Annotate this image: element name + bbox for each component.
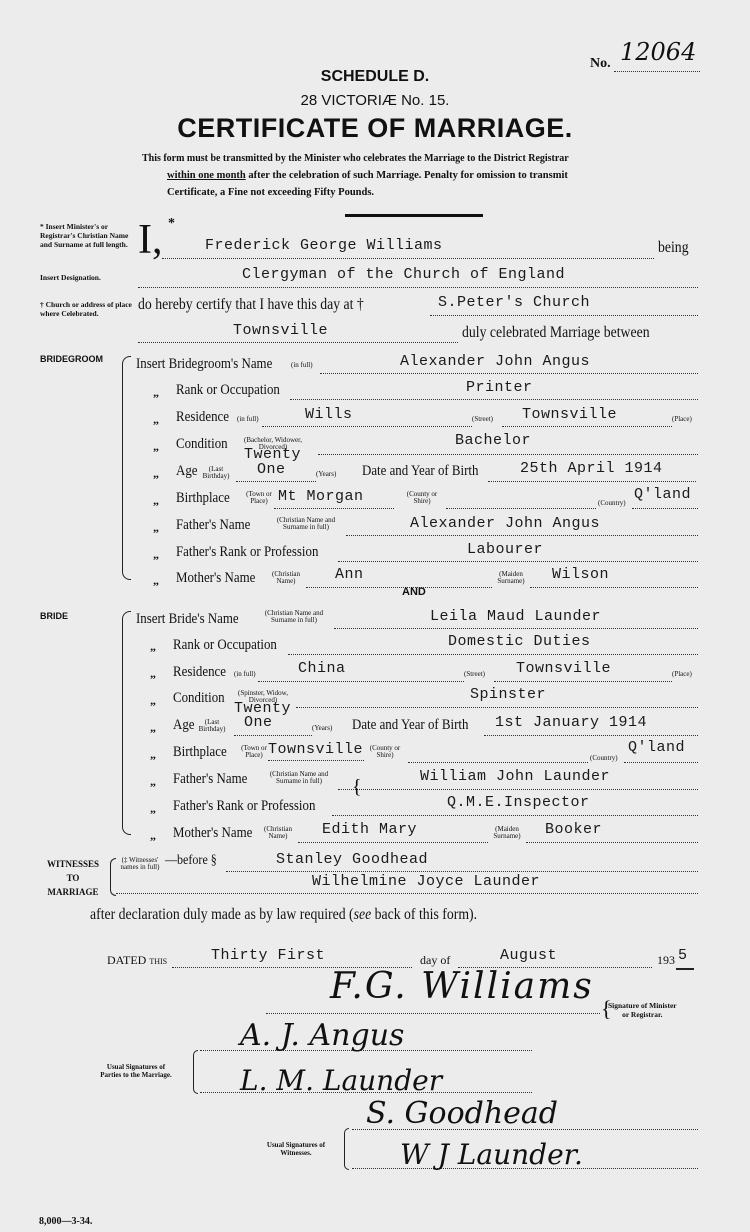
ditto-mark: „: [153, 466, 159, 481]
bride-dob-field[interactable]: 1st January 1914: [495, 714, 647, 731]
bridegroom-brace: [122, 356, 131, 580]
groom-father-field[interactable]: Alexander John Angus: [410, 515, 600, 532]
groom-occupation-label: Rank or Occupation: [176, 382, 280, 399]
bride-father-rank-label: Father's Rank or Profession: [173, 798, 315, 815]
bride-age-hint: (Last Birthday): [197, 719, 227, 733]
bride-section-label: BRIDE: [40, 611, 68, 621]
bride-mother-maiden[interactable]: Booker: [545, 821, 602, 838]
celebrated-text: duly celebrated Marriage between: [462, 324, 650, 342]
bride-condition-field[interactable]: Spinster: [470, 686, 546, 703]
witness1-field[interactable]: Stanley Goodhead: [276, 851, 428, 868]
bride-brace: [122, 611, 131, 835]
groom-maiden-hint: (Maiden Surname): [494, 571, 528, 585]
witness2-field[interactable]: Wilhelmine Joyce Launder: [312, 873, 540, 890]
groom-mother-hint: (Christian Name): [270, 571, 302, 585]
note-designation: Insert Designation.: [40, 273, 140, 283]
ditto-mark: „: [150, 693, 156, 708]
bride-name-label: Insert Bride's Name: [136, 611, 239, 628]
bride-father-rank-field[interactable]: Q.M.E.Inspector: [447, 794, 590, 811]
bride-occupation-field[interactable]: Domestic Duties: [448, 633, 591, 650]
groom-dob-field[interactable]: 25th April 1914: [520, 460, 663, 477]
certify-text: do hereby certify that I have this day a…: [138, 296, 364, 314]
year-prefix: 193: [657, 953, 675, 968]
witnesses-label-line3: MARRIAGE: [40, 885, 106, 899]
groom-condition-field[interactable]: Bachelor: [455, 432, 531, 449]
bride-country-hint: (Country): [590, 755, 618, 762]
bride-residence-label: Residence: [173, 664, 226, 681]
groom-age-hint: (Last Birthday): [201, 466, 231, 480]
groom-name-hint: (in full): [291, 362, 313, 369]
bride-street-field[interactable]: China: [298, 660, 346, 677]
and-separator: AND: [402, 586, 426, 598]
dated-day-field[interactable]: Thirty First: [211, 947, 325, 964]
ditto-mark: „: [150, 801, 156, 816]
schedule-heading: SCHEDULE D.: [0, 68, 750, 86]
ditto-mark: „: [150, 666, 156, 681]
witnesses-label-line1: WITNESSES: [40, 857, 106, 871]
groom-name-field[interactable]: Alexander John Angus: [400, 353, 590, 370]
groom-occupation-field[interactable]: Printer: [466, 379, 533, 396]
notice-line-1: This form must be transmitted by the Min…: [142, 150, 663, 167]
notice-line-3: Certificate, a Fine not exceeding Fifty …: [142, 184, 690, 201]
bride-name-field[interactable]: Leila Maud Launder: [430, 608, 601, 625]
groom-father-rank-label: Father's Rank or Profession: [176, 544, 318, 561]
designation-field[interactable]: Clergyman of the Church of England: [242, 266, 565, 283]
dated-month-field[interactable]: August: [500, 947, 557, 964]
party2-signature[interactable]: L. M. Launder: [240, 1064, 442, 1097]
i-label: I,: [138, 216, 163, 264]
ditto-mark: „: [150, 639, 156, 654]
submission-notice: This form must be transmitted by the Min…: [142, 150, 690, 201]
groom-county-hint: (County or Shire): [402, 491, 442, 505]
groom-mother-maiden[interactable]: Wilson: [552, 566, 609, 583]
groom-mother-christian[interactable]: Ann: [335, 566, 364, 583]
bride-street-hint: (Street): [464, 671, 485, 678]
witness2-signature[interactable]: W J Launder.: [400, 1138, 583, 1171]
bride-years-hint: (Years): [312, 725, 332, 732]
small-brace-mark: {: [352, 776, 362, 799]
groom-father-rank-field[interactable]: Labourer: [467, 541, 543, 558]
act-reference: 28 VICTORIÆ No. 15.: [0, 92, 750, 109]
groom-birthplace-town[interactable]: Mt Morgan: [278, 488, 364, 505]
bride-father-hint: (Christian Name and Surname in full): [262, 771, 336, 785]
witnesses-label-line2: TO: [40, 871, 106, 885]
asterisk: *: [168, 216, 175, 232]
number-value: 12064: [620, 38, 696, 66]
ditto-mark: „: [150, 747, 156, 762]
notice-line-2: after the celebration of such Marriage. …: [246, 170, 568, 181]
bride-father-field[interactable]: William John Launder: [420, 768, 610, 785]
bride-father-label: Father's Name: [173, 771, 247, 788]
note-minister: * Insert Minister's or Registrar's Chris…: [40, 222, 135, 249]
note-church: † Church or address of place where Celeb…: [40, 300, 135, 318]
ditto-mark: „: [150, 828, 156, 843]
bridegroom-section-label: BRIDEGROOM: [40, 354, 103, 364]
groom-country-hint: (Country): [598, 500, 626, 507]
bride-occupation-label: Rank or Occupation: [173, 637, 277, 654]
bride-place-hint: (Place): [672, 671, 692, 678]
groom-age-line2[interactable]: One: [257, 461, 286, 478]
bride-mother-hint: (Christian Name): [262, 826, 294, 840]
notice-deadline: within one month: [167, 170, 246, 181]
bride-maiden-hint: (Maiden Surname): [490, 826, 524, 840]
witnesses-sig-label: Usual Signatures of Witnesses.: [254, 1141, 338, 1157]
bride-age-line2[interactable]: One: [244, 714, 273, 731]
groom-condition-label: Condition: [176, 436, 228, 453]
bride-mother-label: Mother's Name: [173, 825, 252, 842]
bride-birthplace-country[interactable]: Q'land: [628, 739, 685, 756]
ditto-mark: „: [153, 439, 159, 454]
before-label: —before §: [165, 853, 217, 869]
groom-dob-label: Date and Year of Birth: [362, 463, 478, 480]
bride-birthplace-town[interactable]: Townsville: [268, 741, 363, 758]
ditto-mark: „: [150, 774, 156, 789]
bride-place-field[interactable]: Townsville: [516, 660, 611, 677]
bride-age-label: Age: [173, 717, 195, 734]
bride-birthplace-hint: (Town or Place): [240, 745, 268, 759]
groom-residence-label: Residence: [176, 409, 229, 426]
church-field[interactable]: S.Peter's Church: [438, 294, 590, 311]
minister-sig-label: Signature of Minister or Registrar.: [608, 1001, 677, 1019]
bride-dob-label: Date and Year of Birth: [352, 717, 468, 734]
parties-sig-label: Usual Signatures of Parties to the Marri…: [88, 1063, 184, 1079]
witnesses-hint: (‡ Witnesses' names in full): [117, 857, 163, 871]
ditto-mark: „: [153, 385, 159, 400]
bride-county-hint: (County or Shire): [366, 745, 404, 759]
bride-residence-hint: (in full): [234, 671, 256, 678]
ditto-mark: „: [150, 720, 156, 735]
groom-birthplace-label: Birthplace: [176, 490, 230, 507]
party1-signature[interactable]: A. J. Angus: [240, 1018, 404, 1053]
ditto-mark: „: [153, 547, 159, 562]
witness-sig-brace: [344, 1128, 349, 1170]
minister-name-field[interactable]: Frederick George Williams: [205, 237, 443, 254]
groom-age-label: Age: [176, 463, 198, 480]
ditto-mark: „: [153, 520, 159, 535]
witnesses-label: WITNESSES TO MARRIAGE: [40, 857, 106, 899]
groom-birthplace-hint: (Town or Place): [245, 491, 273, 505]
groom-residence-hint: (in full): [237, 416, 259, 423]
heading-rule: [345, 214, 483, 217]
bride-mother-christian[interactable]: Edith Mary: [322, 821, 417, 838]
groom-street-hint: (Street): [472, 416, 493, 423]
place-field[interactable]: Townsville: [233, 322, 328, 339]
declaration-text: after declaration duly made as by law re…: [90, 906, 477, 924]
parties-brace: [193, 1050, 198, 1094]
bride-birthplace-label: Birthplace: [173, 744, 227, 761]
groom-years-hint: (Years): [316, 471, 336, 478]
dated-label: DATED this: [107, 953, 167, 968]
bride-condition-label: Condition: [173, 690, 225, 707]
minister-signature[interactable]: F.G. Williams: [330, 966, 594, 1007]
groom-street-field[interactable]: Wills: [305, 406, 353, 423]
groom-mother-label: Mother's Name: [176, 570, 255, 587]
year-suffix-field[interactable]: 5: [678, 947, 688, 964]
being-label: being: [658, 239, 689, 257]
groom-place-hint: (Place): [672, 416, 692, 423]
print-code: 8,000—3-34.: [39, 1216, 92, 1227]
witness1-signature[interactable]: S. Goodhead: [366, 1096, 558, 1131]
page-title: CERTIFICATE OF MARRIAGE.: [0, 113, 750, 144]
groom-father-label: Father's Name: [176, 517, 250, 534]
ditto-mark: „: [153, 573, 159, 588]
ditto-mark: „: [153, 412, 159, 427]
ditto-mark: „: [153, 493, 159, 508]
groom-birthplace-country[interactable]: Q'land: [634, 486, 691, 503]
witnesses-brace: [110, 858, 116, 896]
bride-name-hint: (Christian Name and Surname in full): [255, 610, 333, 624]
groom-name-label: Insert Bridegroom's Name: [136, 356, 272, 373]
groom-place-field[interactable]: Townsville: [522, 406, 617, 423]
groom-father-hint: (Christian Name and Surname in full): [270, 517, 342, 531]
